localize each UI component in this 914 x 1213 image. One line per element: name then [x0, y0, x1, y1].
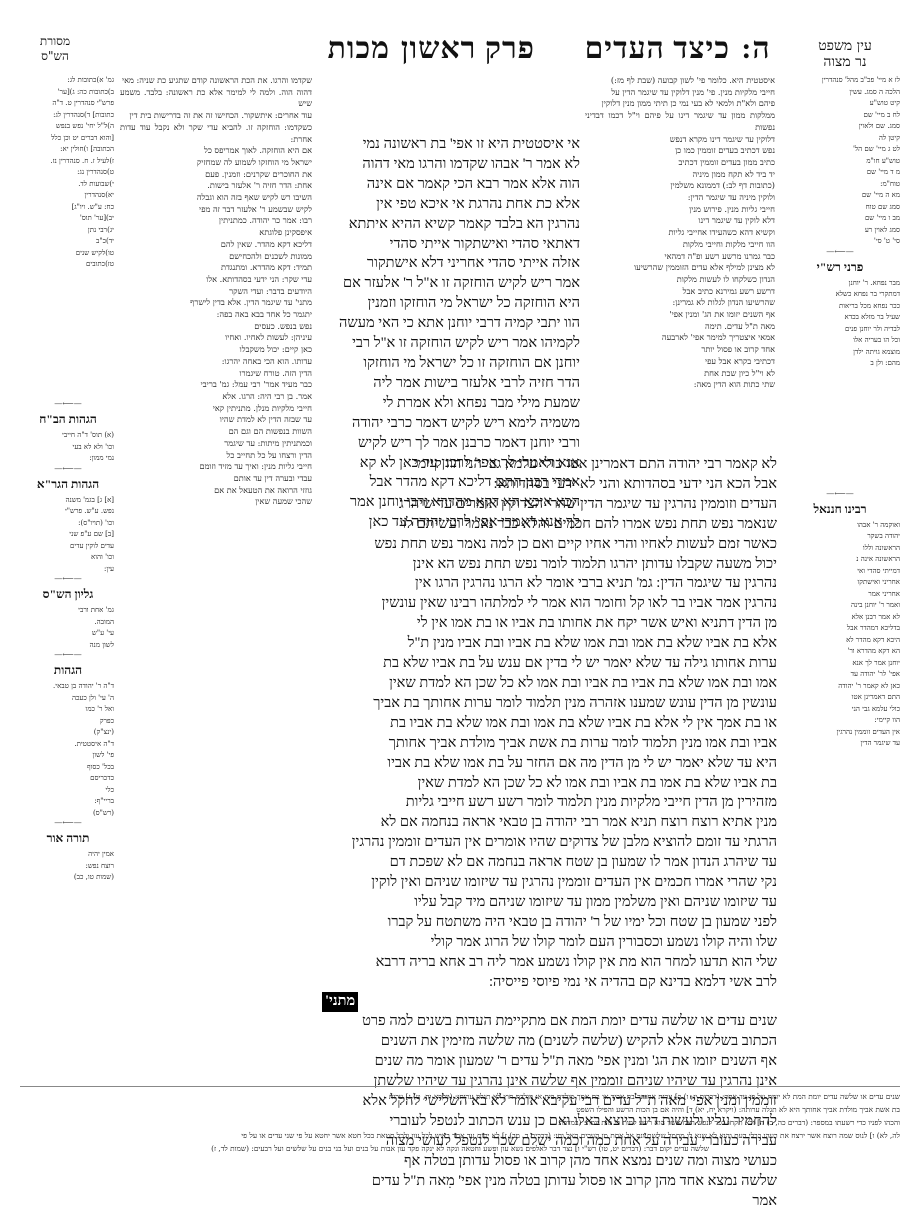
left-section-title: הגהות [22, 663, 114, 678]
mishna-marker-line: מתני' [322, 992, 777, 1012]
left-section-title: תורה אור [22, 831, 114, 846]
tosafot-line: גוזזי הרואה את הטעאל את אם [120, 485, 312, 497]
gemara-line: יכול משעה שקבלו עדותן יהרגו תלמוד לומר נ… [322, 555, 777, 575]
rabbeinu-chananel-line: כאן לא קאמר ר' יהודה [780, 681, 900, 693]
tosafot-line: הדין הזה. טורח שיגמרו [120, 368, 312, 380]
gemara-line: הדר חזיה לרבי אלעזר בישות אמר ליה [322, 374, 580, 394]
left-section-line: בריי"ף: [22, 796, 114, 808]
rashi-line: אחד קרוב או פסול יותר [585, 344, 775, 356]
pnei-rashi-line: מהם: ולן ב [780, 358, 900, 370]
mishna-line: אף השנים יזומו את הג' ומנין אפי' מאה ת"ל… [322, 1052, 777, 1072]
rashi-line: אף השנים יזומו את הג' ומנין אפי' [585, 309, 775, 321]
masoret-entry: ז)לעיל ז. ח. סנהדרין נז. [22, 156, 114, 168]
tosafot-text: שקדמו והרגו. את הכת הראשונה קודם שתגיע כ… [120, 75, 312, 1025]
gemara-line: עונשין מן הדין עונש שמענו אזהרה מנין תלמ… [322, 694, 777, 714]
left-section-line: נפש. ע"ש. פרש"י [22, 506, 114, 518]
gemara-text-wide: לא קאמר רבי יהודה התם דאמרינן אטו כולי ע… [322, 455, 777, 992]
gemara-line: אבל הכא הני ידעי בסהדותא והני לא ידעי בס… [322, 475, 777, 495]
left-margin-sections: —⟵—הגהות הב"ח(א) תוס' ד"ה חייביוכו' ולא … [22, 400, 114, 884]
perek-number: פרק ראשון [395, 32, 535, 66]
tosafot-line: השוות בנפשות הם וגם הם [120, 426, 312, 438]
pnei-rashi-line: מוצמא גויתה ילדן [780, 347, 900, 359]
rabbeinu-chananel-title: רבינו חננאל [780, 502, 900, 517]
rabbeinu-chananel-line: הראשונה וללו [780, 543, 900, 555]
rabbeinu-chananel-line: דמייתי סהדי ואי [780, 566, 900, 578]
ein-mishpat-entry: קיטן לה [780, 133, 900, 145]
mishna-line: שנים עדים או שלשה עדים יומת המת אם מתקיי… [322, 1012, 777, 1032]
footer-rule [20, 1086, 900, 1087]
left-section-line: רוצח נפש: [22, 861, 114, 873]
masechet-name: מכות [295, 32, 390, 66]
ein-mishpat-label: עין משפט נר מצוה [790, 38, 900, 70]
rashi-line: דרשע רשע גמירנא כתיב אבל [585, 286, 775, 298]
daf-number: ה: [736, 32, 776, 66]
left-section-line: גמ' אחת ורבי [22, 605, 114, 617]
masoret-entry: י)שבועות לד. [22, 179, 114, 191]
rashi-line: איסטטית היא. כלומר פי' לשון קבועה (שבת ל… [585, 75, 775, 87]
masoret-entry: ט)סנהדרין נג: [22, 167, 114, 179]
left-section-line: [א] ג] בגמ' משנה [22, 495, 114, 507]
gemara-line: יוחנן אם הוחזקה זו כל ישראל מי הוחזקו [322, 354, 580, 374]
gemara-line: ורבי יוחנן דאמר כרבנן אמר לך ריש לקיש [322, 434, 580, 454]
left-section-text: [א] ג] בגמ' משנהנפש. ע"ש. פרש"יוכו' (תוי… [22, 495, 114, 576]
rabbeinu-chananel-line: הא דקא מהדרא ור' [780, 646, 900, 658]
rashi-line: וקשיא דהא כשהעידו אחייבי גליות [585, 227, 775, 239]
rabbeinu-chananel-line: בדליכא דמהדר אבל [780, 623, 900, 635]
masoret-entry: יב)[ער' תוס' [22, 213, 114, 225]
gemara-line: מנין אתיא רוצח רוצח תניא אמר רבי יהודה ב… [322, 813, 777, 833]
rashi-line: לא וי"ל כיון שכת אחת [585, 368, 775, 380]
left-section-line: פי' לשון [22, 750, 114, 762]
masoret-entry: יא)סנהדרין [22, 190, 114, 202]
left-section-line: ד"ה ר' יהודה בן טבאי. [22, 681, 114, 693]
tosafot-line: עדותו. הוא הכי באחה יהרגו: [120, 356, 312, 368]
rabbeinu-chananel-line: אחריני אמר [780, 589, 900, 601]
ein-mishpat-entry: לז א מיי' פכ"ב מהל' סנהדרין [780, 75, 900, 87]
rashi-line: (כתובות דף לב:) דממונא משלמין [585, 180, 775, 192]
rashi-line: נפש דכתיב בעדים זוממין כמו כן [585, 145, 775, 157]
mishna-label: מתני' [322, 992, 358, 1012]
tosafot-line: אחת: הדר חזיה ר' אלעזר בישות. [120, 180, 312, 192]
ein-mishpat-entry: טוח"מ: [780, 179, 900, 191]
rabbeinu-chananel-line: אין העדים זוממין נהרגין [780, 727, 900, 739]
left-section-line: ה' עי' ולן כעכה [22, 693, 114, 705]
spacer [780, 370, 900, 490]
mishna-line: הכתוב בשלשה אלא להקיש (שלשה לשנים) מה של… [322, 1032, 777, 1052]
left-section-text: אמין יהיהרוצח נפש:(שמות טו, כב) [22, 849, 114, 884]
gemara-line: אזלה אייתי סהדי אחריני דלא אישתקור [322, 254, 580, 274]
pnei-rashi-line: שעיל בר מזלא בכדא [780, 312, 900, 324]
gemara-line: נהרגין הא בלבד קאמר קשיא ההיא איתתא [322, 215, 580, 235]
ornament-divider: —⟵— [22, 651, 114, 659]
rabbeinu-chananel-line: אפי' לר' יהודה עד [780, 669, 900, 681]
tosafot-line: כשקדמו: הוחזקה זו. להביא עדי שקר ולא נקב… [120, 122, 312, 145]
tosafot-line: אמר. בן רבי היה: הרגו. אלא [120, 391, 312, 403]
tosafot-column: שקדמו והרגו. את הכת הראשונה קודם שתגיע כ… [120, 75, 312, 1025]
ein-mishpat-entry: סמג שם טוח [780, 202, 900, 214]
tosafot-line: נפש בנפש. כעסים [120, 321, 312, 333]
left-section-line: ואל ר' כמו [22, 704, 114, 716]
gemara-line: לא אמר ר' אבהו שקדמו והרגו מאי דהוה [322, 155, 580, 175]
rashi-line: שהרשיעו הנדון לגלות לא גמרינן: [585, 297, 775, 309]
gemara-line: שנאמר נפש תחת נפש אמרו להם חכמים והלא כב… [322, 515, 777, 535]
rashi-line: פיהם ולא"ת ולמאי לא בעי נמי כן תיתי ממון… [585, 98, 775, 110]
tosafot-line: דהוה הוה. ולמה לי למימר אלא כת ראשונה: ב… [120, 87, 312, 110]
right-margin: לז א מיי' פכ"ב מהל' סנהדריןהלכה ה סמג. ע… [780, 75, 900, 1085]
left-section-line: נמי ממון: [22, 453, 114, 465]
gemara-line: היא הוחזקה כל ישראל מי הוחזקו וזמנין [322, 294, 580, 314]
masoret-entry: יד)כ"ב [22, 236, 114, 248]
rashi-line: כתיב ממון בעדים זוממין דכתיב [585, 157, 775, 169]
ornament-divider: —⟵— [22, 400, 114, 408]
left-section-line: (א) תוס' ד"ה חייבי [22, 430, 114, 442]
left-section-title: הגהות הגר"א [22, 477, 114, 492]
tosafot-line: השיבו רש לקיש שאף בזה הוא וגבלה [120, 192, 312, 204]
left-section-line: ד"ה איסטטית. [22, 739, 114, 751]
gemara-line: שלו והיה קולו נשמע וכסבורין העם לומר קול… [322, 933, 777, 953]
footnote-line: שנים עדים או שלשה עדים יומת המת לא יומת … [20, 1090, 900, 1103]
mishna-line: אינן נהרגין עד שיהיו שניהם זוממין אף שלש… [322, 1072, 777, 1092]
page-marker: . [440, 1180, 460, 1191]
masoret-entry: טז)כתובים [22, 259, 114, 271]
tosafot-line: כבר מעיד אמר' רבי עמל: גמ' בריבי [120, 379, 312, 391]
tosafot-line: לקיש שבשמע ר' אלעזר דבר זה מפי [120, 204, 312, 216]
rashi-column: איסטטית היא. כלומר פי' לשון קבועה (שבת ל… [585, 75, 775, 455]
gemara-line: לא קאמר רבי יהודה התם דאמרינן אטו כולי ע… [322, 455, 777, 475]
pnei-rashi-line: מבר נפחא. ר' יוחנן [780, 278, 900, 290]
tosafot-line: עבדי ובערה דין עד אותם [120, 473, 312, 485]
rabbeinu-chananel-line: יוחנן אמר לך אנא [780, 658, 900, 670]
pnei-rashi-line: וכל הו בעריה אלו [780, 335, 900, 347]
rabbeinu-chananel-line: ואוקמה ר' אבהו [780, 520, 900, 532]
masoret-entry: טו)לקיש שנים [22, 248, 114, 260]
pnei-rashi-line: דמתקרי בר נפחא כשלא [780, 289, 900, 301]
gemara-line: אלא בת אביו שלא בת אמו ובת אמו שלא בת אב… [322, 634, 777, 654]
left-section-line: (שמות טו, כב) [22, 872, 114, 884]
gemara-line: הרגתי עד זומם להוציא מלבן של צדוקים שהיו… [322, 833, 777, 853]
gemara-line: ערות אחותו גילה עד שלא יאמר יש לי בדין א… [322, 654, 777, 674]
rashi-line: לא מצינן למילף אלא עדים הזוממין שהרשיעו [585, 262, 775, 274]
rashi-line: כבר גמרנו מרשע רשע ופ"ה דמהאי [585, 251, 775, 263]
perek-name: כיצד העדים [540, 32, 730, 66]
ein-mishpat-label-line2: נר מצוה [790, 54, 900, 70]
gemara-line: מן הדין דתניא ואיש אשר יקח את אחותו בת א… [322, 614, 777, 634]
ein-mishpat-entry: סי' ט' סי' [780, 236, 900, 248]
rashi-line: דלא לוקין עד שיגמר דינו [585, 215, 775, 227]
masoret-entry: [והוא דברים יט וכן כלל [22, 133, 114, 145]
tosafot-line: הדין ורצחו על כל תחייב כל [120, 450, 312, 462]
left-margin: גמ' א)כתובות לג:ב)כתובות כה: ג)[ער'פרש"י… [22, 75, 114, 1085]
left-section-title: גליון הש"ס [22, 587, 114, 602]
gemara-wide-block: לא קאמר רבי יהודה התם דאמרינן אטו כולי ע… [322, 455, 777, 1045]
ein-mishpat-label-line1: עין משפט [790, 38, 900, 54]
left-section-line: בכל' כסוף [22, 762, 114, 774]
gemara-line: שלי הוא תדעו למחר הוא מת אין קולו נשמע א… [322, 953, 777, 973]
rashi-line: חייבי גליות מנין. פירוש מנין [585, 204, 775, 216]
rashi-line: שתי כתות הוא הדין מאה: [585, 379, 775, 391]
footnote-line: שלשה עדים יקום דבר: (דברים יט, טו) רש"י … [20, 1142, 900, 1155]
left-section-text: (א) תוס' ד"ה חייביוכו' ולא לא בעינמי ממו… [22, 430, 114, 465]
rabbeinu-chananel-line: היכא דקא מהדר לא [780, 635, 900, 647]
left-section-line: כדכריסם [22, 773, 114, 785]
ornament-divider: —⟵— [22, 575, 114, 583]
rashi-line: ממלקות ממון עד שיגמר דינו על פיהם וי"ל ד… [585, 110, 775, 133]
gemara-line: אמו ובת אמו שלא בת אביו בת אביו ובת אמו … [322, 674, 777, 694]
masoret-entry: כח: ע"ש. ויו"ג] [22, 202, 114, 214]
rabbeinu-chananel-text: ואוקמה ר' אבהויהודה בשקרהראשונה וללוהראש… [780, 520, 900, 990]
gemara-line: אביו ובת אמו מנין תלמוד לומר ערות בת אשת… [322, 734, 777, 754]
masoret-entry: הכתובה] ו)חולין יא: [22, 144, 114, 156]
left-section-line: [ב] שם ע"פ שני [22, 529, 114, 541]
gemara-narrow-block: אי איסטטית היא זו אפי' בת ראשונה נמילא א… [322, 135, 580, 455]
gemara-line: העדים וזוממין נהרגין עד שיגמר הדין שהרי … [322, 495, 777, 515]
gemara-line: דאתאי סהדי ואישתקור אייתי סהדי [322, 235, 580, 255]
footnote-line: והכהו לפניו כדי רשעתו במספר: (דברים כה, … [20, 1116, 900, 1129]
rabbeinu-chananel-line: עד שיגמר הדין [780, 738, 900, 750]
rabbeinu-chananel-line: התם דאמרינן אטו [780, 692, 900, 704]
left-section-line: כפרק [22, 716, 114, 728]
masoret-entry: ה)ל"ל יחי' נפש בנפש [22, 121, 114, 133]
left-section-line: (ינצ"ק) [22, 727, 114, 739]
rabbeinu-chananel-line: יהודה בשקר [780, 531, 900, 543]
ein-mishpat-entry: קיט טוש"ע [780, 98, 900, 110]
ein-mishpat-entry: מא ה מיי' שם [780, 190, 900, 202]
left-section-line: עדים לוקין עדים [22, 541, 114, 553]
left-section-text: ד"ה ר' יהודה בן טבאי.ה' עי' ולן כעכהואל … [22, 681, 114, 819]
masoret-entry: גמ' א)כתובות לג: [22, 75, 114, 87]
masoret-label-line2: הש"ס [20, 49, 90, 64]
gemara-line: לקמיהו אמר ריש לקיש הוחזקה זו א"ל רבי [322, 334, 580, 354]
rashi-line: דלוקין עד שיגמר דינו מקרא דנפש [585, 134, 775, 146]
rabbeinu-chananel-line: הוו קיימי: [780, 715, 900, 727]
rashi-line: דכתיבי בקרא אבל עפי [585, 356, 775, 368]
left-section-line: אמין יהיה [22, 849, 114, 861]
ein-mishpat-entry: מב ו מיי' שם [780, 213, 900, 225]
gemara-line: הוו יתבי קמיה דרבי יוחנן אתא כי האי מעשה [322, 314, 580, 334]
rashi-line: ולוקין מיניה עד שיגמר הדין: [585, 192, 775, 204]
gemara-line: היא עד שלא יאמר יש לי מן הדין מה אם החזר… [322, 754, 777, 774]
masoret-entry: יג)רבי נתן [22, 225, 114, 237]
gemara-line: עד שיזומו שניהם ואין משלמין ממון עד שיזו… [322, 893, 777, 913]
left-section-line: עי' ע"ש [22, 628, 114, 640]
rashi-line: מאה ת"ל עדים. תימה [585, 321, 775, 333]
gemara-line: מזהירין מן הדין חייבי מלקיות מנין תלמוד … [322, 793, 777, 813]
tosafot-line: שקדמו והרגו. את הכת הראשונה קודם שתגיע כ… [120, 75, 312, 87]
masoret-entry: ב)כתובות כה: ג)[ער' [22, 87, 114, 99]
mishna-line: שלשה נמצא אחד מהן קרוב או פסול עדותן בטל… [322, 1172, 777, 1192]
ornament-divider: —⟵— [780, 490, 900, 498]
ein-mishpat-entry: סמג לאוין רע [780, 225, 900, 237]
tosafot-line: אם היא הוחזקה. לאוך אמריפס כל [120, 145, 312, 157]
gemara-line: לרב אשי דלמא בדינא קם בהדיה אי נמי פיוסי… [322, 973, 777, 993]
gemara-line: שמעת מילי מבר נפחא ולא אמרת לי [322, 394, 580, 414]
gemara-line: לפני שמעון בן שטח וכל ימיו של ר' יהודה ב… [322, 913, 777, 933]
gemara-line: עד שיהרג הנדון אמר לו שמעון בן שטח אראה … [322, 853, 777, 873]
footnote-line: בת אשת אביך מולדת אביך אחותך היא לא תגלה… [20, 1103, 900, 1116]
left-section-line: המובה. [22, 617, 114, 629]
tosafot-line: כאן קיים: יכול משקבלו [120, 344, 312, 356]
tosafot-line: שהכי שמעה שאין [120, 496, 312, 508]
ornament-divider: —⟵— [22, 465, 114, 473]
rashi-line: יד ביד לא תקח ממון מיניה [585, 169, 775, 181]
masoret-entry: כתובות] ד)סנהדרין לג: [22, 110, 114, 122]
ein-mishpat-entry: מ ד מיי' שם [780, 167, 900, 179]
gemara-line: משמיה לימא ריש לקיש דאמר כרבי יהודה [322, 414, 580, 434]
rabbeinu-chananel-line: ואמר ר' יוחנן בינה [780, 600, 900, 612]
ein-mishpat-entry: טוש"ע חו"מ [780, 156, 900, 168]
page-header: עין משפט נר מצוה ה: כיצד העדים פרק ראשון… [0, 30, 914, 70]
gemara-line: נקי שהרי אמרו חכמים אין העדים זוממין נהר… [322, 873, 777, 893]
ein-mishpat-entry: לח ב מיי' שם [780, 110, 900, 122]
gemara-line: או בת אמך אין לי אלא בת אביו שלא בת אמו … [322, 714, 777, 734]
left-section-line: כלי [22, 785, 114, 797]
gemara-line: נהרגין עד שיגמר הדין: גמ' תניא ברבי אומר… [322, 574, 777, 594]
rashi-line: אמאי איצטריך למימר אפי' לארבעה [585, 332, 775, 344]
tosafot-line: רבו: אמר כר יהודה. כמתניתין [120, 215, 312, 227]
tosafot-line: היודעים בדבר: ועדי השקר [120, 286, 312, 298]
tosafot-line: יתגמר כל אחד בבא באה בפה: [120, 309, 312, 321]
masoret-label-line1: מסורת [20, 34, 90, 49]
rabbeinu-chananel-line: הראשונה אינה נ [780, 554, 900, 566]
rashi-line: הוו חייבי מלקות וחייבי מלקות [585, 239, 775, 251]
tosafot-line: עיניהן: לעשות לאחיו. ואחיו [120, 332, 312, 344]
tosafot-line: ממונות לשכנים ולהכחישם [120, 251, 312, 263]
gemara-line: כאשר זמם לעשות לאחיו והרי אחיו קיים ואם … [322, 535, 777, 555]
left-section-line: וכו' (תויו"ס): [22, 518, 114, 530]
rashi-line: חייבי מלקיות מנין. פי' מנין דלוקין עד שי… [585, 87, 775, 99]
tosafot-line: דליכא דקא מהדר. שאין להם [120, 239, 312, 251]
tosafot-line: חייבי גליות מנין: ואיך עד מזיד וזומם [120, 461, 312, 473]
footnotes-area: שנים עדים או שלשה עדים יומת המת לא יומת … [20, 1090, 900, 1170]
left-section-text: גמ' אחת ורביהמובה.עי' ע"שלשון מנה [22, 605, 114, 651]
masoret-hashas-list: גמ' א)כתובות לג:ב)כתובות כה: ג)[ער'פרש"י… [22, 75, 114, 400]
tosafot-line: ישראל מי הוחזקו לשמוע לה שמחזיק [120, 157, 312, 169]
gemara-line: הוה אלא אמר רבא הכי קאמר אם אינה [322, 175, 580, 195]
ein-mishpat-list: לז א מיי' פכ"ב מהל' סנהדריןהלכה ה סמג. ע… [780, 75, 900, 248]
pnei-rashi-title: פרני רש"י [780, 260, 900, 275]
ornament-divider: —⟵— [780, 248, 900, 256]
tosafot-line: חייבי מלקיות מנלן. מתניתין קאי [120, 403, 312, 415]
gemara-line: נהרגין אמר אביו בר לאו קל וחומר הוא אמר … [322, 594, 777, 614]
masoret-entry: פרש"י סנהדרין ט. ד"ה [22, 98, 114, 110]
tosafot-line: תמיד: דקא מהדרא. ומתנגדת [120, 262, 312, 274]
gemara-line: אלא כת אחת נהרגת אי איכא טפי אין [322, 195, 580, 215]
masoret-hashas-label: מסורת הש"ס [20, 34, 90, 64]
tosafot-line: עוד אחרים: איתשקור. הכחישו זה את זה בדרי… [120, 110, 312, 122]
gemara-line: אמר ריש לקיש הוחזקה זו א"ל ר' אלעזר אם [322, 274, 580, 294]
rashi-line: הנדון כשלקחו לו לעשות מלקות [585, 274, 775, 286]
gemara-line: בת אביו שלא בת אמו בת אביו ובת אמו לא כל… [322, 774, 777, 794]
tosafot-line: עד שבזה הדין לא למדת שהיו [120, 414, 312, 426]
tosafot-line: מתני' עד שיגמר הדין. אלא בדין לישרף [120, 297, 312, 309]
gemara-line: אי איסטטית היא זו אפי' בת ראשונה נמי [322, 135, 580, 155]
rashi-text: איסטטית היא. כלומר פי' לשון קבועה (שבת ל… [585, 75, 775, 455]
mishna-line: אמר [322, 1192, 777, 1212]
ein-mishpat-entry: הלכה ה סמג. עשין [780, 87, 900, 99]
left-section-title: הגהות הב"ח [22, 412, 114, 427]
pnei-rashi-text: מבר נפחא. ר' יוחנןדמתקרי בר נפחא כשלאככר… [780, 278, 900, 370]
left-section-line: וכו' ולא לא בעי [22, 442, 114, 454]
pnei-rashi-line: ככר נפחא מכל בריאות [780, 301, 900, 313]
tosafot-line: וכמתניתין מיתות: עד שיגמר [120, 438, 312, 450]
tosafot-line: איפסקינן פלוגתא [120, 227, 312, 239]
ein-mishpat-entry: לט ג מיי' שם הל' [780, 144, 900, 156]
ornament-divider: —⟵— [22, 819, 114, 827]
left-section-line: וכו' והוא [22, 552, 114, 564]
footnote-line: לה, לא) ו] לנוס שמה רוצח אשר ירצח את רעה… [20, 1129, 900, 1142]
rabbeinu-chananel-line: כולי עלמא גבי הני [780, 704, 900, 716]
rabbeinu-chananel-line: אחריני ואישתקו [780, 577, 900, 589]
ein-mishpat-entry: סמג. שם ולאוין [780, 121, 900, 133]
tosafot-line: עדי שקר: הני ידעי בסהדותא. אלו [120, 274, 312, 286]
rabbeinu-chananel-line: לא אמר רבנן אלא [780, 612, 900, 624]
tosafot-line: את החוכרים שקרנים: וזמנין. פעם [120, 169, 312, 181]
pnei-rashi-line: לבדיה ולר יוחנן פנים [780, 324, 900, 336]
